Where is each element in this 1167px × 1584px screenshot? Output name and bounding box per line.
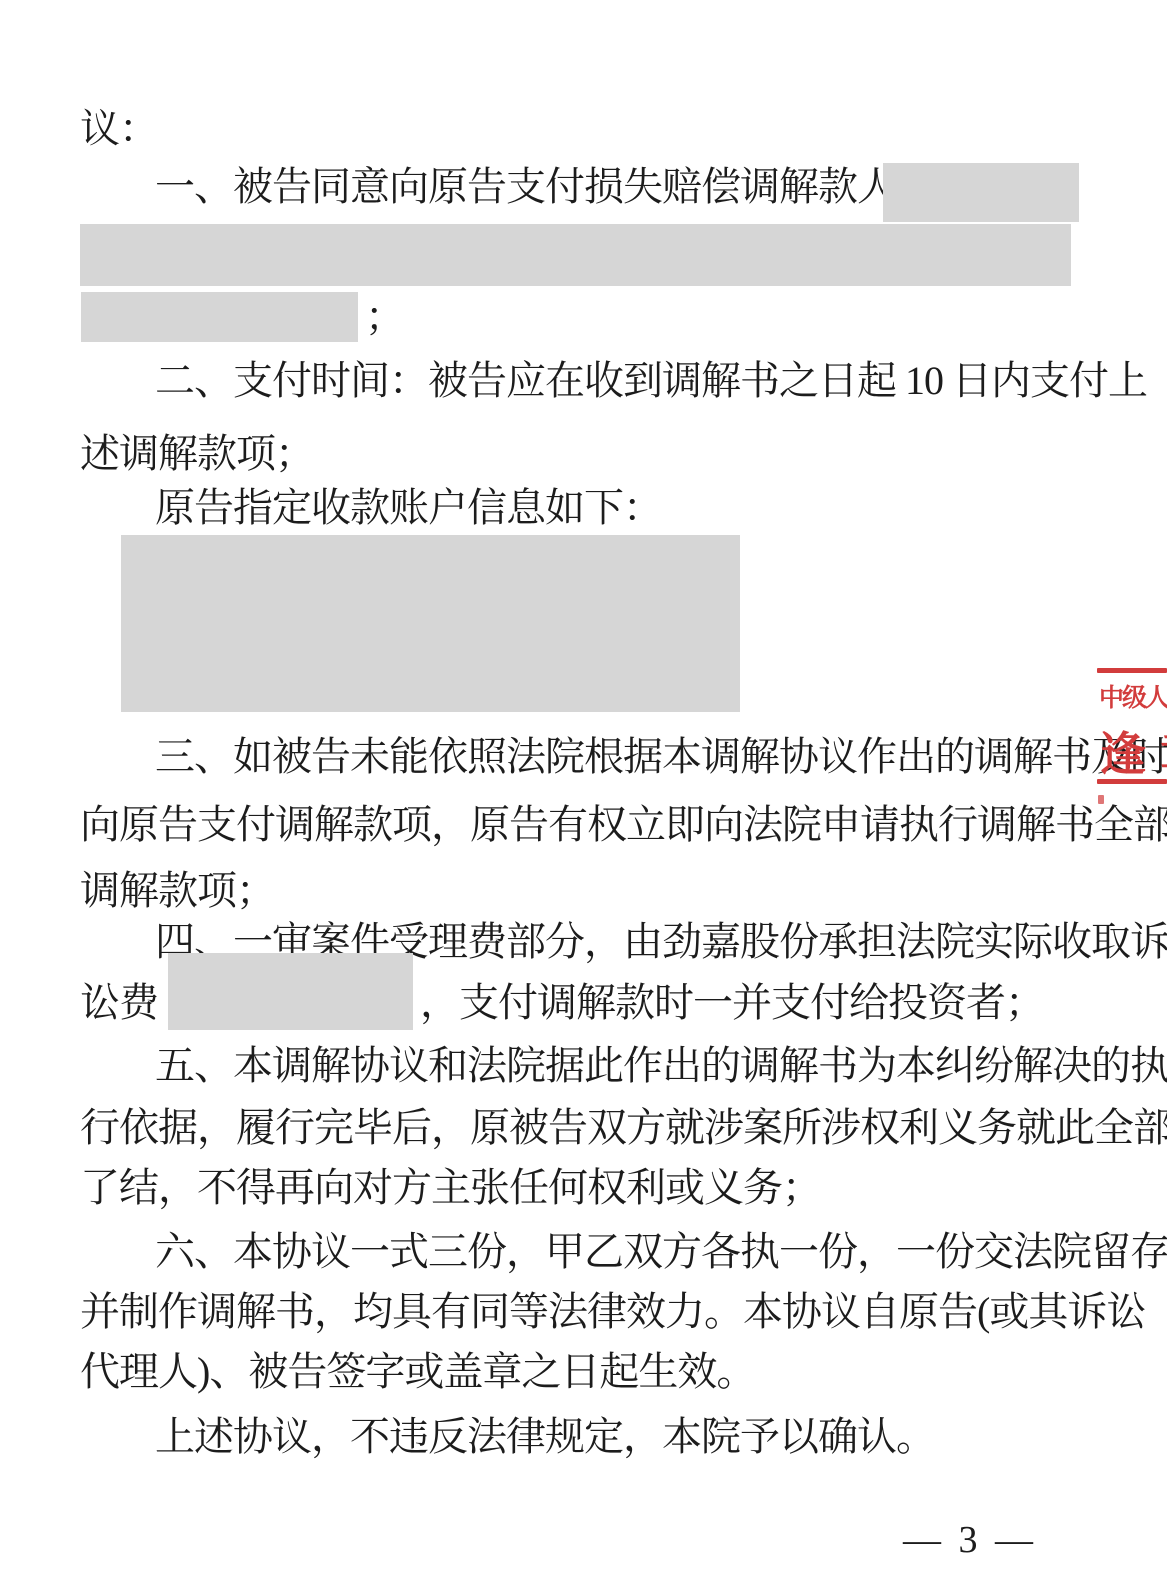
paragraph-1-line-1: 一、被告同意向原告支付损失赔偿调解款人民币 — [155, 162, 974, 212]
document-page: 议： 一、被告同意向原告支付损失赔偿调解款人民币 ； 二、支付时间：被告应在收到… — [0, 0, 1167, 1584]
paragraph-6-line-2: 并制作调解书，均具有同等法律效力。本协议自原告(或其诉讼 — [80, 1287, 1145, 1337]
closing-line: 上述协议，不违反法律规定，本院予以确认。 — [155, 1412, 935, 1462]
redaction-box-amount-full-line — [80, 224, 1071, 286]
paragraph-6-line-1: 六、本协议一式三份，甲乙双方各执一份，一份交法院留存 — [155, 1227, 1167, 1277]
paragraph-1-semicolon: ； — [365, 292, 404, 342]
redaction-box-account-info — [121, 535, 740, 712]
seam-stamp-top-rule — [1097, 668, 1167, 673]
page-number: — 3 — — [903, 1518, 1037, 1562]
paragraph-5-line-3: 了结，不得再向对方主张任何权利或义务； — [80, 1163, 821, 1213]
seam-stamp-bottom-rule — [1097, 779, 1167, 784]
paragraph-6-line-3: 代理人)、被告签字或盖章之日起生效。 — [80, 1347, 755, 1397]
seam-stamp-ink-speck — [1098, 795, 1104, 804]
redaction-box-amount-inline — [883, 163, 1079, 222]
paragraph-4-line-2-suffix: ，支付调解款时一并支付给投资者； — [420, 978, 1044, 1028]
seam-stamp-text-row1: 中级人民 — [1099, 678, 1167, 714]
paragraph-3-line-3: 调解款项； — [80, 866, 275, 916]
redaction-box-court-fee — [168, 953, 413, 1030]
lead-line: 议： — [80, 104, 158, 154]
paragraph-4-line-2-prefix: 讼费 — [80, 978, 158, 1028]
account-intro-line: 原告指定收款账户信息如下： — [155, 483, 662, 533]
seam-stamp-text-row2: 逢章 — [1100, 718, 1167, 784]
paragraph-5-line-2: 行依据，履行完毕后，原被告双方就涉案所涉权利义务就此全部 — [80, 1103, 1167, 1153]
paragraph-3-line-2: 向原告支付调解款项，原告有权立即向法院申请执行调解书全部 — [80, 800, 1167, 850]
paragraph-2-line-2: 述调解款项； — [80, 429, 314, 479]
paragraph-5-line-1: 五、本调解协议和法院据此作出的调解书为本纠纷解决的执 — [155, 1041, 1167, 1091]
paragraph-2-line-1: 二、支付时间：被告应在收到调解书之日起 10 日内支付上 — [155, 356, 1147, 406]
paragraph-3-line-1: 三、如被告未能依照法院根据本调解协议作出的调解书及时 — [155, 732, 1167, 782]
redaction-box-amount-tail — [81, 292, 358, 342]
